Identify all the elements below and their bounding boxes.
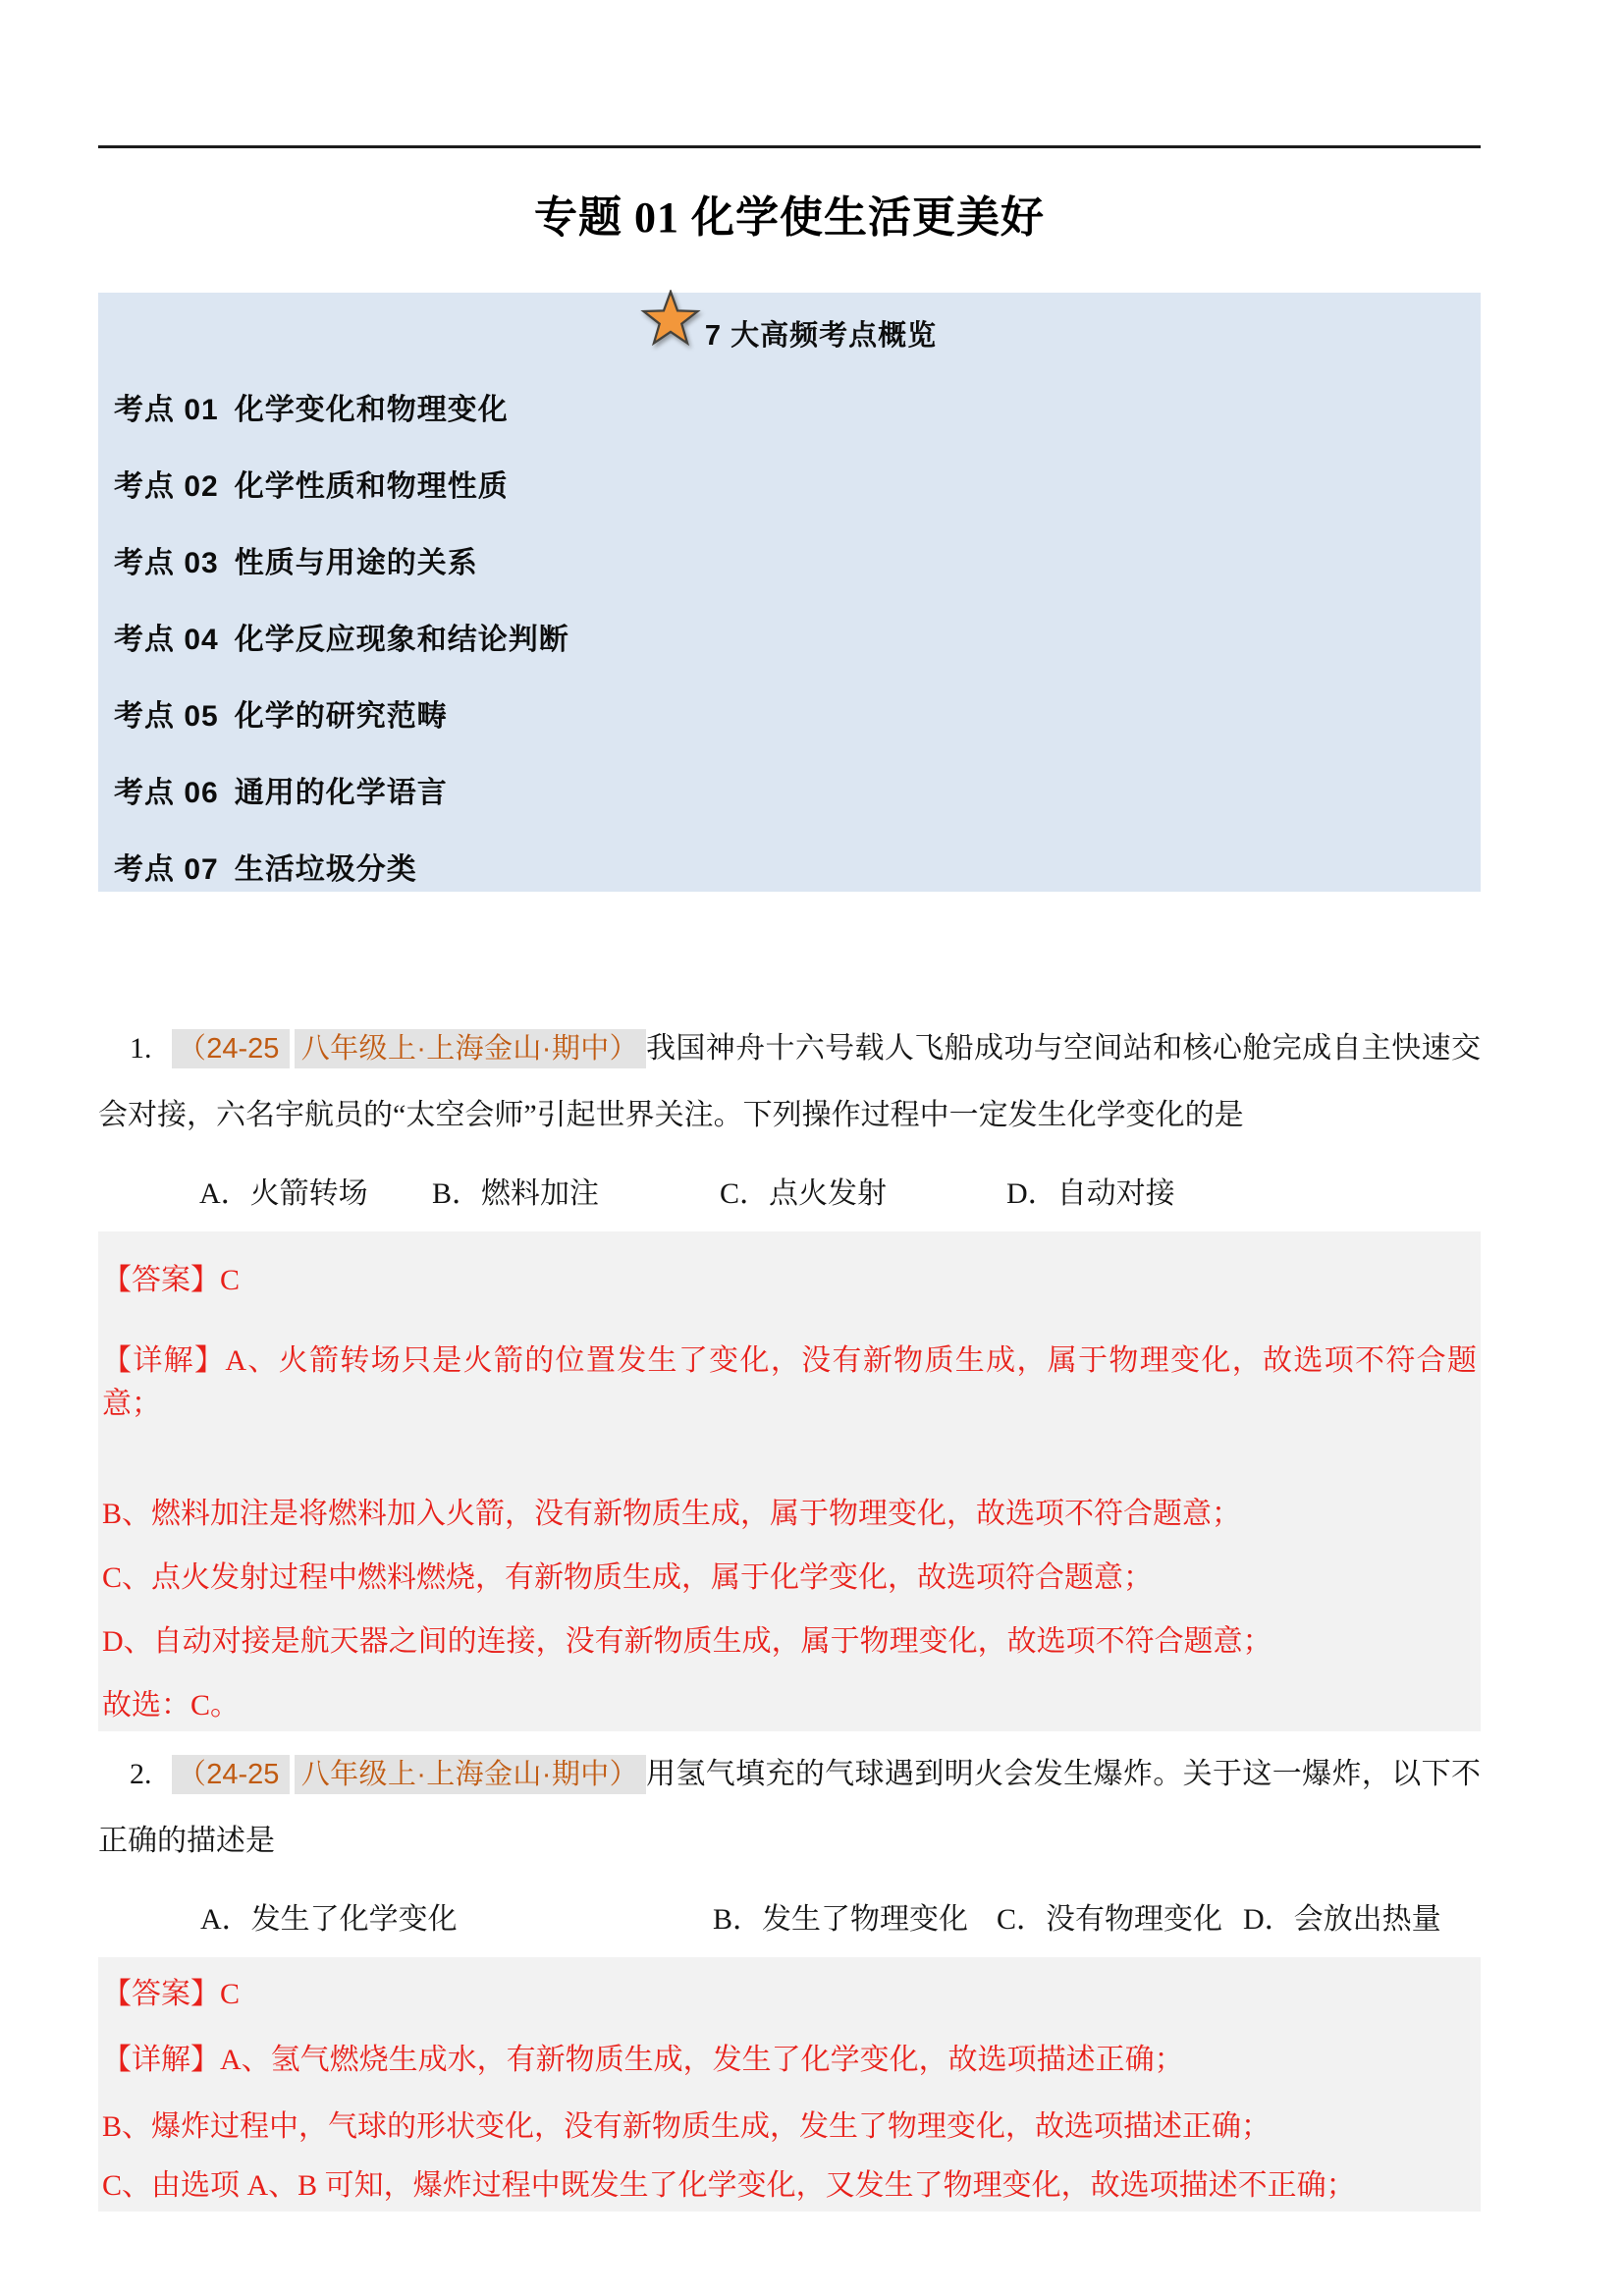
kaodian-label: 化学性质和物理性质 [235,470,509,503]
option-label: A． [200,1903,251,1936]
list-item-kaodian-03: 考点 03性质与用途的关系 [106,538,1471,572]
question-1-stem: 1.（24-25八年级上·上海金山·期中）我国神舟十六号载人飞船成功与空间站和核… [98,1015,1481,1149]
source-tag-year: （24-25 [172,1029,291,1068]
kaodian-number: 考点 06 [114,777,219,809]
option-d: D．自动对接 [1006,1169,1175,1212]
list-item-kaodian-02: 考点 02化学性质和物理性质 [106,462,1471,495]
list-item-kaodian-07: 考点 07生活垃圾分类 [106,845,1471,878]
answer-label: 【答案】 [102,1264,220,1296]
option-text: 没有物理变化 [1046,1903,1222,1936]
answer-label: 【答案】 [102,1978,220,2010]
question-number: 2. [130,1758,152,1790]
kaodian-number: 考点 04 [114,624,219,656]
answer-value: C [220,1978,240,2010]
question-2-options: A．发生了化学变化 B．发生了物理变化 C．没有物理变化 D．会放出热量 [98,1894,1481,1938]
page-title: 专题 01 化学使生活更美好 [98,189,1481,247]
document-page: 专题 01 化学使生活更美好 7 大高频考点概览 考点 01化学变化和物理变化 … [0,0,1623,2296]
option-label: D． [1243,1903,1294,1936]
kaodian-label: 性质与用途的关系 [235,547,478,579]
explain-line-d: D、自动对接是航天器之间的连接，没有新物质生成，属于物理变化，故选项不符合题意； [102,1620,1477,1664]
explain-line-a: 【详解】A、氢气燃烧生成水，有新物质生成，发生了化学变化，故选项描述正确； [102,2039,1477,2082]
option-label: B． [713,1903,762,1936]
explain-line-b: B、爆炸过程中，气球的形状变化，没有新物质生成，发生了物理变化，故选项描述正确； [102,2105,1477,2149]
list-item-kaodian-06: 考点 06通用的化学语言 [106,768,1471,801]
source-tag-year: （24-25 [172,1755,291,1794]
option-d: D．会放出热量 [1243,1894,1441,1938]
conclusion-line: 故选：C。 [102,1684,1477,1727]
question-1: 1.（24-25八年级上·上海金山·期中）我国神舟十六号载人飞船成功与空间站和核… [98,1015,1481,1731]
kaodian-number: 考点 05 [114,700,219,733]
option-a: A．发生了化学变化 [200,1894,458,1938]
question-2-stem: 2.（24-25八年级上·上海金山·期中）用氢气填充的气球遇到明火会发生爆炸。关… [98,1741,1481,1875]
option-a: A．火箭转场 [199,1169,368,1212]
question-2-answer-box: 【答案】C 【详解】A、氢气燃烧生成水，有新物质生成，发生了化学变化，故选项描述… [98,1957,1481,2212]
list-item-kaodian-01: 考点 01化学变化和物理变化 [106,385,1471,418]
option-c: C．没有物理变化 [997,1894,1222,1938]
option-b: B．燃料加注 [432,1169,599,1212]
overview-box: 7 大高频考点概览 考点 01化学变化和物理变化 考点 02化学性质和物理性质 … [98,293,1481,892]
explain-label: 【详解】 [102,2044,220,2076]
kaodian-label: 化学变化和物理变化 [235,394,509,426]
option-label: C． [997,1903,1046,1936]
explain-line-c: C、由选项 A、B 可知，爆炸过程中既发生了化学变化，又发生了物理变化，故选项描… [102,2164,1477,2208]
kaodian-number: 考点 02 [114,470,219,503]
explain-line-a: 【详解】A、火箭转场只是火箭的位置发生了变化，没有新物质生成，属于物理变化，故选… [102,1339,1477,1426]
option-text: 燃料加注 [481,1177,599,1210]
kaodian-number: 考点 07 [114,853,219,886]
option-label: B． [432,1177,481,1210]
explain-text: A、氢气燃烧生成水，有新物质生成，发生了化学变化，故选项描述正确； [220,2044,1184,2076]
option-label: A． [199,1177,250,1210]
kaodian-label: 化学反应现象和结论判断 [235,624,569,656]
overview-heading: 7 大高频考点概览 [106,293,1471,352]
list-item-kaodian-05: 考点 05化学的研究范畴 [106,691,1471,725]
kaodian-label: 化学的研究范畴 [235,700,448,733]
explain-line-c: C、点火发射过程中燃料燃烧，有新物质生成，属于化学变化，故选项符合题意； [102,1557,1477,1600]
explain-line-b: B、燃料加注是将燃料加入火箭，没有新物质生成，属于物理变化，故选项不符合题意； [102,1493,1477,1536]
list-item-kaodian-04: 考点 04化学反应现象和结论判断 [106,615,1471,648]
explain-text: A、火箭转场只是火箭的位置发生了变化，没有新物质生成，属于物理变化，故选项不符合… [102,1344,1477,1420]
explain-label: 【详解】 [102,1344,225,1377]
question-number: 1. [130,1032,152,1065]
option-text: 火箭转场 [250,1177,368,1210]
kaodian-label: 生活垃圾分类 [235,853,417,886]
question-1-options: A．火箭转场 B．燃料加注 C．点火发射 D．自动对接 [98,1169,1481,1212]
content-area: 专题 01 化学使生活更美好 7 大高频考点概览 考点 01化学变化和物理变化 … [98,0,1481,2212]
option-label: C． [720,1177,769,1210]
answer-value: C [220,1264,240,1296]
answer-line: 【答案】C [102,1259,1477,1302]
option-text: 发生了物理变化 [762,1903,968,1936]
source-tag-exam: 八年级上·上海金山·期中） [295,1755,646,1794]
kaodian-number: 考点 03 [114,547,219,579]
option-label: D． [1006,1177,1057,1210]
question-1-answer-box: 【答案】C 【详解】A、火箭转场只是火箭的位置发生了变化，没有新物质生成，属于物… [98,1231,1481,1731]
option-text: 发生了化学变化 [251,1903,458,1936]
option-text: 会放出热量 [1294,1903,1441,1936]
option-c: C．点火发射 [720,1169,887,1212]
source-tag-exam: 八年级上·上海金山·期中） [295,1029,646,1068]
option-b: B．发生了物理变化 [713,1894,968,1938]
option-text: 自动对接 [1057,1177,1175,1210]
question-2: 2.（24-25八年级上·上海金山·期中）用氢气填充的气球遇到明火会发生爆炸。关… [98,1741,1481,2212]
kaodian-label: 通用的化学语言 [235,777,448,809]
star-icon [640,290,701,351]
overview-heading-text: 7 大高频考点概览 [705,313,937,354]
kaodian-number: 考点 01 [114,394,219,426]
answer-line: 【答案】C [102,1973,1477,2016]
option-text: 点火发射 [769,1177,887,1210]
